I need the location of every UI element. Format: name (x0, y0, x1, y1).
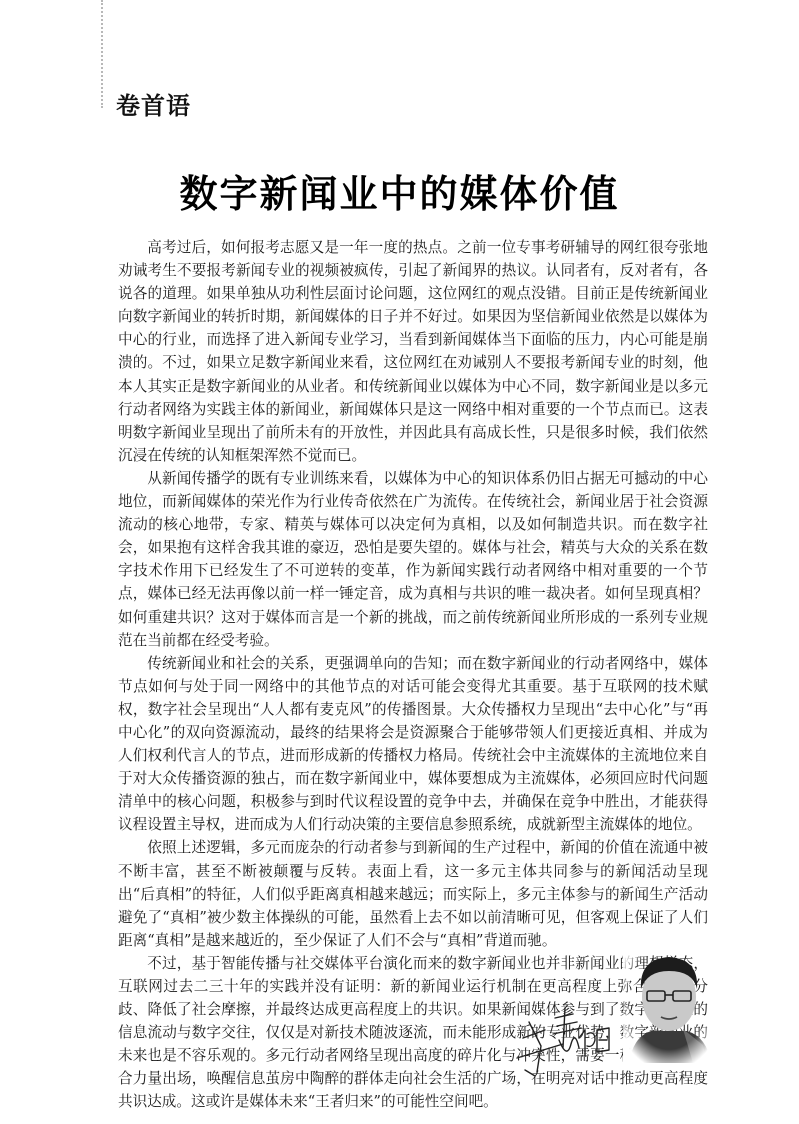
paragraph-2: 从新闻传播学的既有专业训练来看，以媒体为中心的知识体系仍旧占据无可撼动的中心地位… (118, 467, 708, 652)
article-title: 数字新闻业中的媒体价值 (0, 163, 799, 218)
section-label: 卷首语 (116, 86, 191, 121)
paragraph-3: 传统新闻业和社会的关系，更强调单向的告知；而在数字新闻业的行动者网络中，媒体节点… (118, 652, 708, 837)
margin-dotted-rule (101, 0, 103, 108)
paragraph-4: 依照上述逻辑，多元而庞杂的行动者参与到新闻的生产过程中，新闻的价值在流通中被不断… (118, 836, 708, 951)
author-portrait (623, 945, 715, 1065)
signature-image (515, 1000, 625, 1080)
author-block (515, 945, 715, 1085)
paragraph-1: 高考过后，如何报考志愿又是一年一度的热点。之前一位专事考研辅导的网红很夸张地劝诫… (118, 236, 708, 467)
